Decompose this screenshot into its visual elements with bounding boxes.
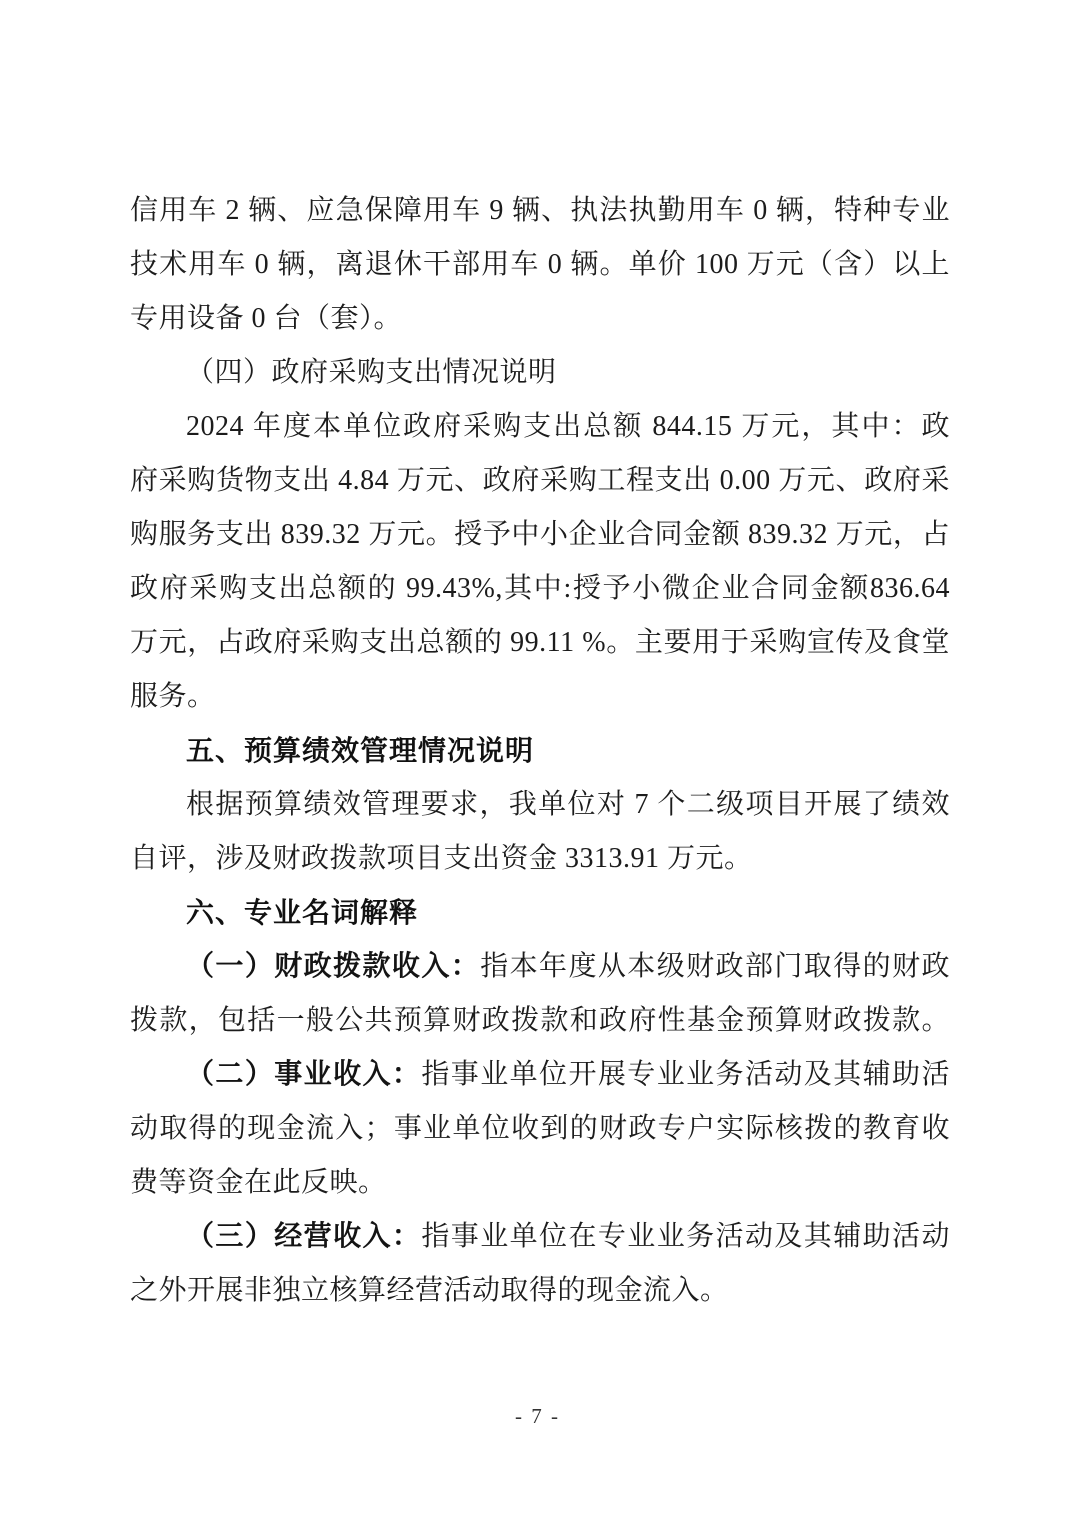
glossary-line-fiscal-income-2: 拨款，包括一般公共预算财政拨款和政府性基金预算财政拨款。 [130, 994, 950, 1048]
document-page: 信用车 2 辆、应急保障用车 9 辆、执法执勤用车 0 辆，特种专业 技术用车 … [0, 0, 1075, 1520]
glossary-line-operating-income-1: （三）经营收入：指事业单位在专业业务活动及其辅助活动 [130, 1210, 950, 1264]
section-heading-glossary: 六、专业名词解释 [130, 886, 950, 940]
body-line-procurement-2: 府采购货物支出 4.84 万元、政府采购工程支出 0.00 万元、政府采 [130, 454, 950, 508]
glossary-line-fiscal-income-1: （一）财政拨款收入：指本年度从本级财政部门取得的财政 [130, 940, 950, 994]
glossary-line-business-income-2: 动取得的现金流入；事业单位收到的财政专户实际核拨的教育收 [130, 1102, 950, 1156]
body-line-procurement-5: 万元，占政府采购支出总额的 99.11 %。主要用于采购宣传及食堂 [130, 616, 950, 670]
subsection-heading-procurement: （四）政府采购支出情况说明 [130, 346, 950, 400]
document-body: 信用车 2 辆、应急保障用车 9 辆、执法执勤用车 0 辆，特种专业 技术用车 … [130, 184, 950, 1318]
glossary-line-business-income-3: 费等资金在此反映。 [130, 1156, 950, 1210]
body-line-vehicles-3: 专用设备 0 台（套）。 [130, 292, 950, 346]
section-heading-performance: 五、预算绩效管理情况说明 [130, 724, 950, 778]
term-text-fiscal-income: 指本年度从本级财政部门取得的财政 [480, 951, 950, 982]
body-line-procurement-3: 购服务支出 839.32 万元。授予中小企业合同金额 839.32 万元，占 [130, 508, 950, 562]
term-text-business-income: 指事业单位开展专业业务活动及其辅助活 [421, 1059, 950, 1090]
body-line-vehicles-1: 信用车 2 辆、应急保障用车 9 辆、执法执勤用车 0 辆，特种专业 [130, 184, 950, 238]
term-label-fiscal-income: （一）财政拨款收入： [186, 951, 480, 982]
body-line-procurement-1: 2024 年度本单位政府采购支出总额 844.15 万元，其中：政 [130, 400, 950, 454]
body-line-performance-1: 根据预算绩效管理要求，我单位对 7 个二级项目开展了绩效 [130, 778, 950, 832]
body-line-performance-2: 自评，涉及财政拨款项目支出资金 3313.91 万元。 [130, 832, 950, 886]
body-line-vehicles-2: 技术用车 0 辆，离退休干部用车 0 辆。单价 100 万元（含）以上 [130, 238, 950, 292]
page-number: - 7 - [0, 1404, 1075, 1429]
term-text-operating-income: 指事业单位在专业业务活动及其辅助活动 [421, 1221, 950, 1252]
body-line-procurement-6: 服务。 [130, 670, 950, 724]
glossary-line-business-income-1: （二）事业收入：指事业单位开展专业业务活动及其辅助活 [130, 1048, 950, 1102]
glossary-line-operating-income-2: 之外开展非独立核算经营活动取得的现金流入。 [130, 1264, 950, 1318]
body-line-procurement-4: 政府采购支出总额的 99.43%,其中:授予小微企业合同金额836.64 [130, 562, 950, 616]
term-label-operating-income: （三）经营收入： [186, 1221, 421, 1252]
term-label-business-income: （二）事业收入： [186, 1059, 421, 1090]
